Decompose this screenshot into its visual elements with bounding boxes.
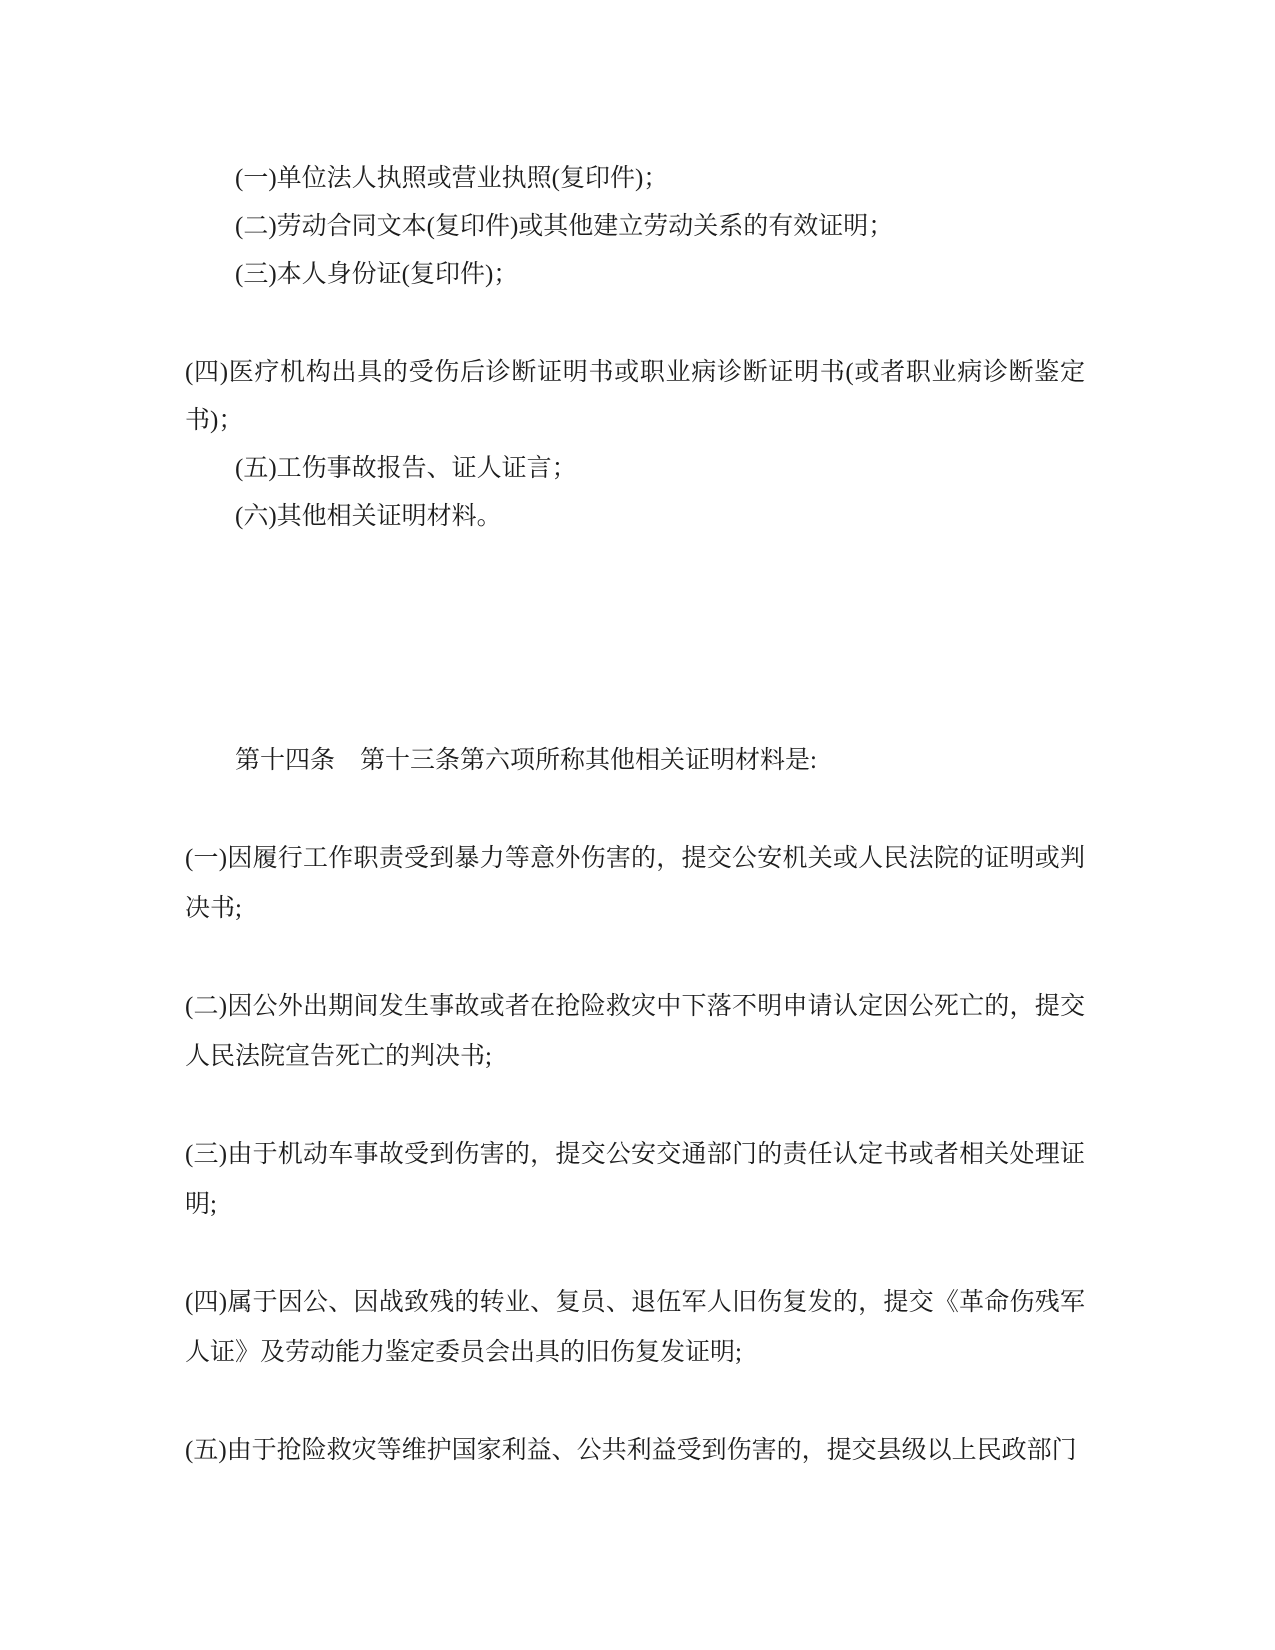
list-item-other-materials: (六)其他相关证明材料。 [185, 493, 1085, 541]
list-item-id-card: (三)本人身份证(复印件)； [185, 251, 1085, 299]
list-item-medical-diagnosis: (四)医疗机构出具的受伤后诊断证明书或职业病诊断证明书(或者职业病诊断鉴定书)； [185, 349, 1085, 445]
clause-violence-injury: (一)因履行工作职责受到暴力等意外伤害的，提交公安机关或人民法院的证明或判决书; [185, 834, 1085, 934]
clause-veteran-relapse: (四)属于因公、因战致残的转业、复员、退伍军人旧伤复发的，提交《革命伤残军人证》… [185, 1278, 1085, 1378]
article-14-heading: 第十四条 第十三条第六项所称其他相关证明材料是: [185, 736, 1085, 786]
clause-rescue-injury: (五)由于抢险救灾等维护国家利益、公共利益受到伤害的，提交县级以上民政部门 [185, 1426, 1085, 1476]
list-item-labor-contract: (二)劳动合同文本(复印件)或其他建立劳动关系的有效证明； [185, 203, 1085, 251]
document-page: (一)单位法人执照或营业执照(复印件)； (二)劳动合同文本(复印件)或其他建立… [0, 0, 1275, 1650]
clause-vehicle-accident: (三)由于机动车事故受到伤害的，提交公安交通部门的责任认定书或者相关处理证明; [185, 1130, 1085, 1230]
list-item-accident-report: (五)工伤事故报告、证人证言； [185, 445, 1085, 493]
clause-missing-death: (二)因公外出期间发生事故或者在抢险救灾中下落不明申请认定因公死亡的，提交人民法… [185, 982, 1085, 1082]
list-item-unit-license: (一)单位法人执照或营业执照(复印件)； [185, 155, 1085, 203]
